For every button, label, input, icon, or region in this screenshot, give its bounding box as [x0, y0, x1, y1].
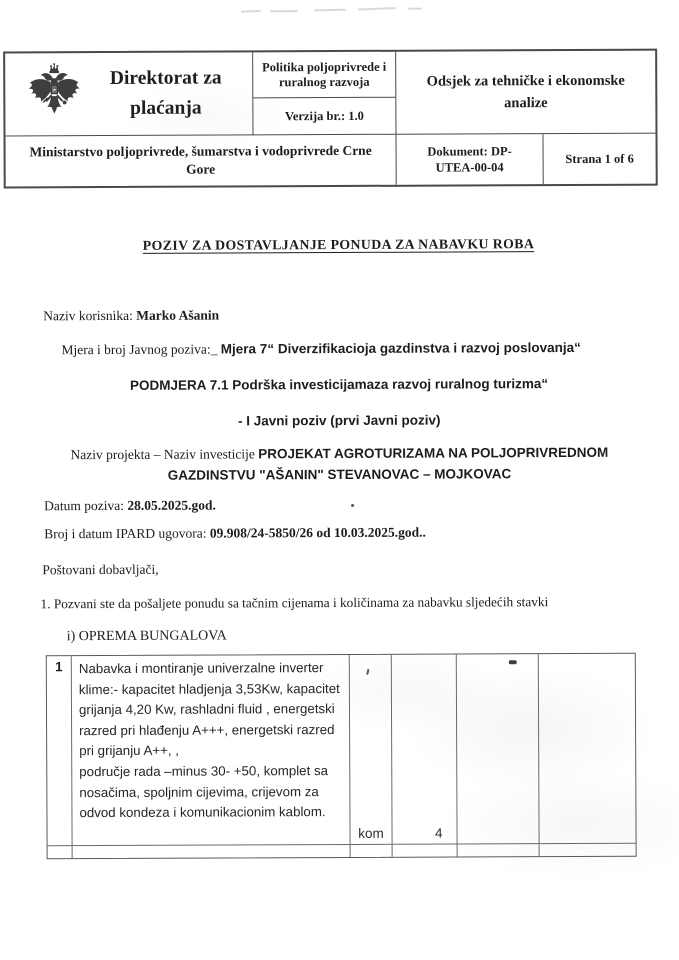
- scan-artifact-dash: [270, 10, 298, 12]
- item-quantity-cell: 4: [392, 654, 458, 844]
- beneficiary-line: Naziv korisnika: Marko Ašanin: [43, 308, 219, 325]
- item-unit-cell: kom: [350, 655, 393, 845]
- empty-row-cell: [540, 844, 636, 856]
- scan-artifact-dash: [408, 8, 422, 10]
- item-total-cell: [539, 654, 636, 844]
- version-label: Verzija br.: 1.0: [253, 98, 395, 135]
- ministry-label: Ministarstvo poljoprivrede, šumarstva i …: [5, 135, 396, 187]
- contract-value: 09.908/24-5850/26 od 10.03.2025.god..: [210, 525, 426, 541]
- item-number-cell: 1: [47, 656, 73, 846]
- scan-artifact-dot: [351, 504, 354, 507]
- empty-row-cell: [73, 845, 351, 858]
- item-description-cell: Nabavka i montiranje univerzalne inverte…: [72, 655, 351, 846]
- empty-row-cell: [458, 844, 540, 856]
- item-unit-price-cell: [457, 654, 540, 844]
- section-heading: i) OPREMA BUNGALOVA: [67, 628, 227, 645]
- intro-line: 1. Pozvani ste da pošaljete ponudu sa ta…: [41, 594, 549, 612]
- montenegro-coat-of-arms-icon: [21, 62, 87, 126]
- beneficiary-label: Naziv korisnika:: [43, 308, 136, 323]
- page-number-label: Strana 1 of 6: [543, 134, 655, 184]
- call-round-line: - I Javni poziv (prvi Javni poziv): [0, 412, 679, 430]
- document-number-label: Dokument: DP-UTEA-00-04: [396, 134, 543, 185]
- call-date-label: Datum poziva:: [44, 498, 127, 513]
- policy-label: Politika poljoprivrede i ruralnog razvoj…: [253, 52, 395, 99]
- items-table: 1 Nabavka i montiranje univerzalne inver…: [46, 653, 637, 860]
- directorate-title: Direktorat za plaćanja: [87, 63, 252, 124]
- measure-label: Mjera i broj Javnog poziva:_: [61, 342, 220, 358]
- measure-line: Mjera i broj Javnog poziva:_ Mjera 7“ Di…: [61, 340, 581, 358]
- submeasure-line: PODMJERA 7.1 Podrška investicijamaza raz…: [0, 376, 679, 394]
- beneficiary-value: Marko Ašanin: [136, 308, 219, 323]
- empty-row-cell: [393, 844, 458, 856]
- department-label: Odsjek za tehničke i ekonomske analize: [396, 51, 655, 135]
- document-title: POZIV ZA DOSTAVLJANJE PONUDA ZA NABAVKU …: [0, 236, 678, 255]
- project-line: Naziv projekta – Naziv investicije PROJE…: [57, 442, 622, 486]
- project-label: Naziv projekta – Naziv investicije: [70, 446, 258, 462]
- scan-artifact-dash: [314, 9, 346, 12]
- empty-row-cell: [351, 845, 393, 857]
- scan-artifact-blob: [509, 660, 517, 664]
- contract-label: Broj i datum IPARD ugovora:: [44, 526, 210, 542]
- measure-value: Mjera 7“ Diverzifikacioja gazdinstva i r…: [221, 340, 581, 357]
- call-date-line: Datum poziva: 28.05.2025.god.: [44, 498, 216, 515]
- document-header-table: Direktorat za plaćanja Politika poljopri…: [3, 49, 658, 189]
- empty-row-cell: [48, 846, 73, 858]
- contract-line: Broj i datum IPARD ugovora: 09.908/24-58…: [44, 525, 426, 543]
- scan-artifact-dash: [358, 7, 396, 10]
- header-cell-directorate: Direktorat za plaćanja: [5, 52, 253, 136]
- project-value-line2: GAZDINSTVU "AŠANIN" STEVANOVAC – MOJKOVA…: [168, 466, 512, 482]
- project-value-line1: PROJEKAT AGROTURIZAMA NA POLJOPRIVREDNOM: [258, 445, 608, 462]
- scan-artifact-dash: [241, 10, 261, 13]
- header-cell-policy: Politika poljoprivrede i ruralnog razvoj…: [253, 52, 396, 136]
- call-date-value: 28.05.2025.god.: [127, 498, 216, 513]
- salutation-line: Poštovani dobavljači,: [42, 562, 158, 579]
- scanned-document-page: Direktorat za plaćanja Politika poljopri…: [0, 0, 679, 960]
